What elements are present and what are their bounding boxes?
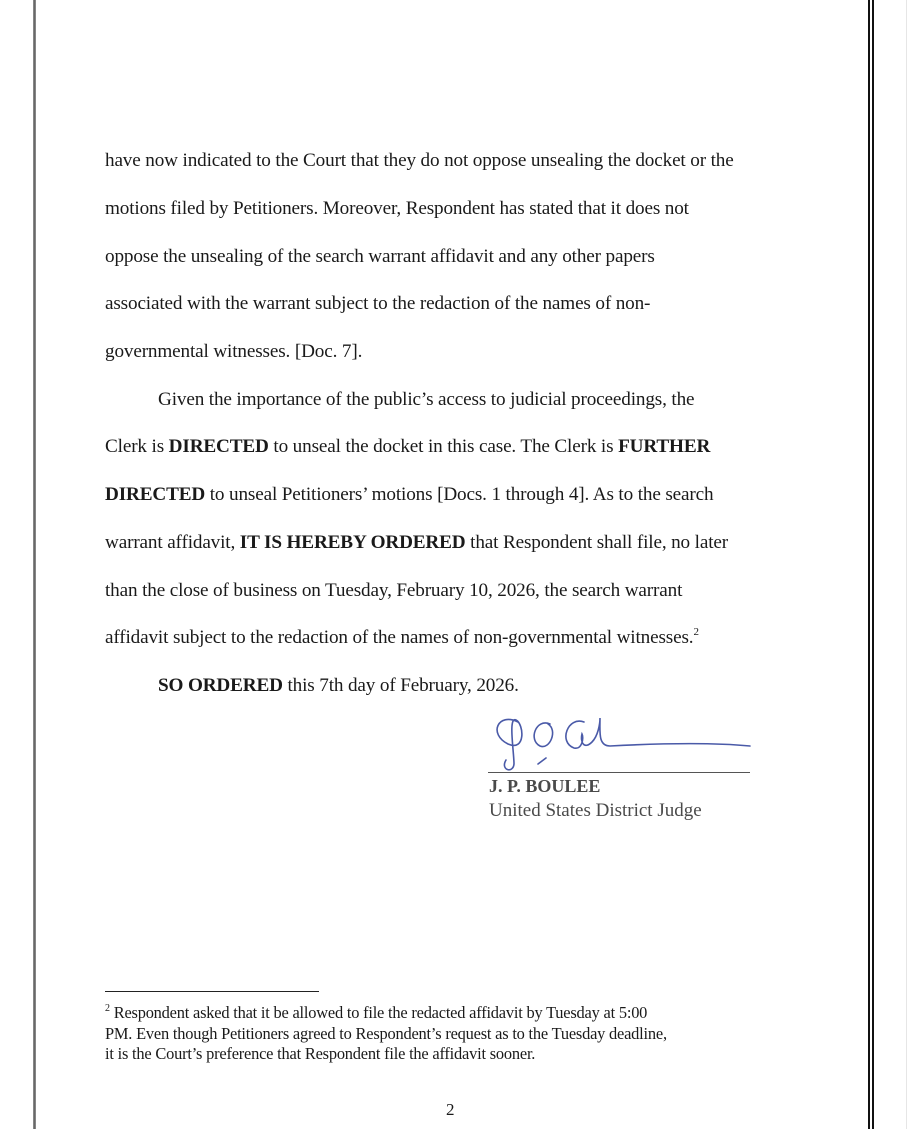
signature-scrawl-icon (488, 712, 753, 774)
footnote: 2 Respondent asked that it be allowed to… (105, 1003, 805, 1065)
text-run: Respondent asked that it be allowed to f… (110, 1003, 647, 1022)
bold-directive: DIRECTED (105, 484, 205, 505)
viewport-edge (906, 0, 907, 1129)
signature-line (488, 772, 750, 773)
text-line: DIRECTED to unseal Petitioners’ motions … (105, 485, 805, 505)
footnote-line: 2 Respondent asked that it be allowed to… (105, 1003, 805, 1024)
text-run: affidavit subject to the redaction of th… (105, 627, 693, 648)
footnote-line: it is the Court’s preference that Respon… (105, 1044, 805, 1065)
signature-image (488, 712, 753, 774)
text-run: to unseal the docket in this case. The C… (269, 436, 618, 457)
so-ordered-line: SO ORDERED this 7th day of February, 202… (105, 676, 858, 696)
text-run: Clerk is (105, 436, 169, 457)
text-line: than the close of business on Tuesday, F… (105, 581, 805, 601)
bold-directive: IT IS HEREBY ORDERED (240, 532, 466, 553)
text-line: oppose the unsealing of the search warra… (105, 247, 805, 267)
text-run: to unseal Petitioners’ motions [Docs. 1 … (205, 484, 713, 505)
text-run: warrant affidavit, (105, 532, 240, 553)
judge-title: United States District Judge (489, 800, 702, 822)
footnote-line: PM. Even though Petitioners agreed to Re… (105, 1024, 805, 1045)
bold-directive: DIRECTED (169, 436, 269, 457)
text-run: this 7th day of February, 2026. (283, 675, 519, 696)
text-line: associated with the warrant subject to t… (105, 294, 805, 314)
page-border-right-inner (872, 0, 874, 1129)
text-line: Given the importance of the public’s acc… (105, 390, 858, 410)
page-number: 2 (446, 1100, 455, 1120)
text-run: that Respondent shall file, no later (466, 532, 728, 553)
page-border-right (868, 0, 870, 1129)
page-border-left (33, 0, 36, 1129)
judge-name: J. P. BOULEE (489, 776, 600, 797)
text-line: governmental witnesses. [Doc. 7]. (105, 342, 805, 362)
text-line: Clerk is DIRECTED to unseal the docket i… (105, 437, 805, 457)
bold-directive: SO ORDERED (158, 675, 283, 696)
bold-directive: FURTHER (618, 436, 710, 457)
text-line: motions filed by Petitioners. Moreover, … (105, 199, 805, 219)
footnote-reference[interactable]: 2 (693, 626, 698, 638)
text-line: warrant affidavit, IT IS HEREBY ORDERED … (105, 533, 805, 553)
footnote-separator (105, 991, 319, 992)
text-line: have now indicated to the Court that the… (105, 151, 805, 171)
text-line: affidavit subject to the redaction of th… (105, 628, 805, 648)
